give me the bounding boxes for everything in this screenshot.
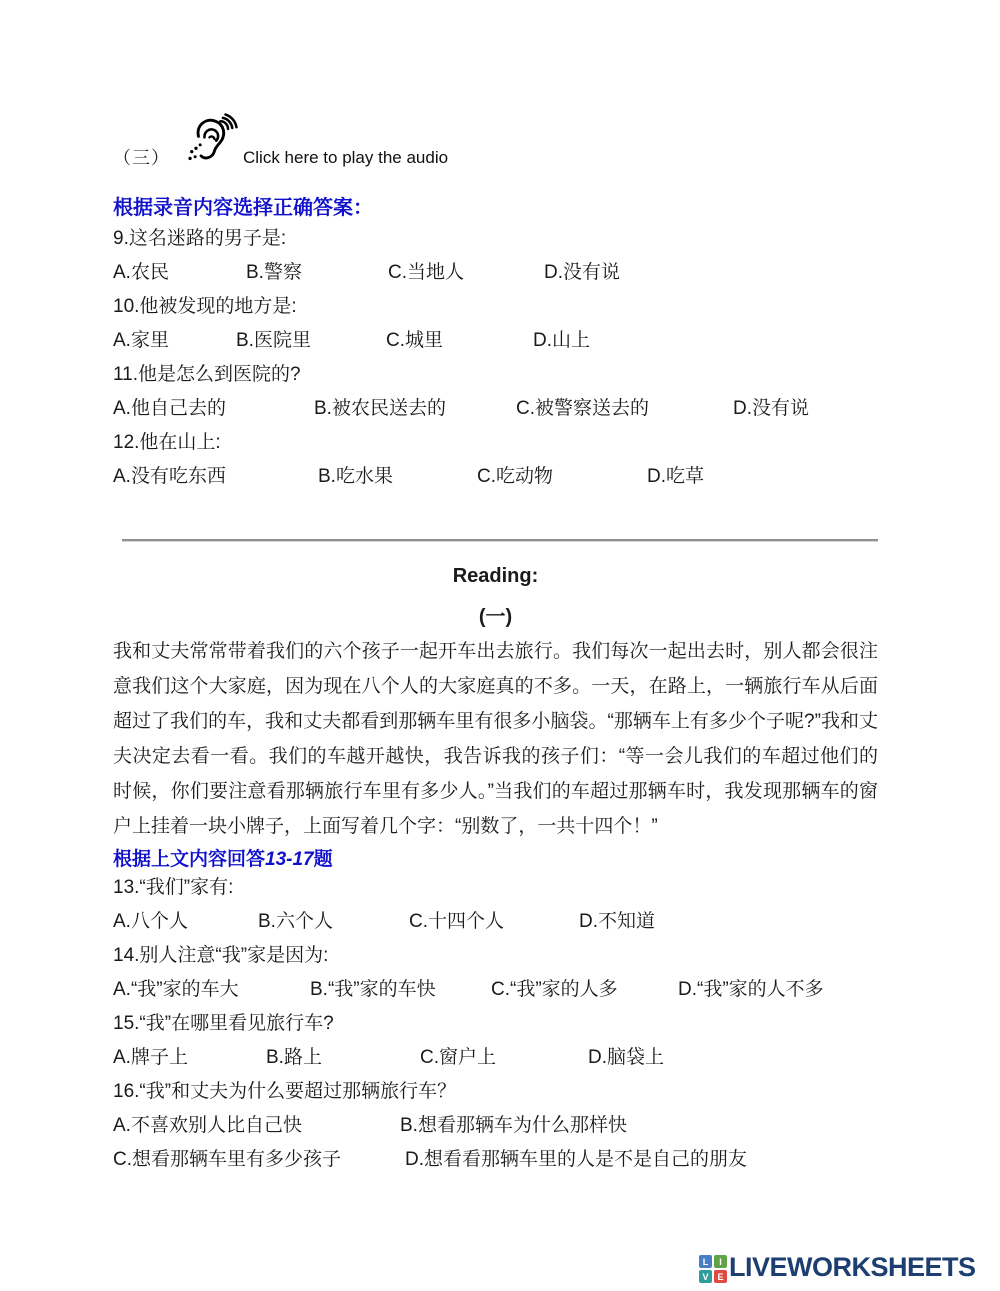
- liveworksheets-grid-icon: L I V E: [699, 1255, 727, 1283]
- question-15-options: A.牌子上 B.路上 C.窗户上 D.脑袋上: [113, 1041, 883, 1075]
- question-16-options-row-2: C.想看那辆车里有多少孩子 D.想看看那辆车里的人是不是自己的朋友: [113, 1143, 883, 1177]
- question-16-options-row-1: A.不喜欢别人比自己快 B.想看那辆车为什么那样快: [113, 1109, 883, 1143]
- reading-passage: 我和丈夫常常带着我们的六个孩子一起开车出去旅行。我们每次一起出去时，别人都会很注…: [113, 634, 878, 844]
- section-label: （三）: [113, 144, 170, 170]
- reading-instruction: 根据上文内容回答13-17题: [113, 844, 333, 871]
- reading-instruction-range: 13-17: [265, 849, 314, 870]
- question-16-option-c[interactable]: C.想看那辆车里有多少孩子: [113, 1143, 341, 1177]
- logo-square-i: I: [714, 1255, 727, 1268]
- question-15-prompt: 15.“我”在哪里看见旅行车?: [113, 1007, 883, 1041]
- question-9-option-d[interactable]: D.没有说: [544, 256, 620, 290]
- play-audio-link[interactable]: Click here to play the audio: [243, 148, 448, 168]
- logo-square-v: V: [699, 1270, 712, 1283]
- ear-listening-icon[interactable]: [185, 112, 239, 166]
- question-11-prompt: 11.他是怎么到医院的?: [113, 358, 883, 392]
- question-14-option-c[interactable]: C.“我”家的人多: [491, 973, 618, 1007]
- reading-instruction-suffix: 题: [314, 849, 333, 870]
- question-16-option-d[interactable]: D.想看看那辆车里的人是不是自己的朋友: [405, 1143, 747, 1177]
- question-15-option-a[interactable]: A.牌子上: [113, 1041, 188, 1075]
- question-9-prompt: 9.这名迷路的男子是:: [113, 222, 883, 256]
- question-14-option-d[interactable]: D.“我”家的人不多: [678, 973, 824, 1007]
- reading-instruction-prefix: 根据上文内容回答: [113, 849, 265, 870]
- audio-header: （三） Click here to play the audio: [113, 112, 673, 174]
- question-16-prompt: 16.“我”和丈夫为什么要超过那辆旅行车？: [113, 1075, 883, 1109]
- question-16-option-a[interactable]: A.不喜欢别人比自己快: [113, 1109, 302, 1143]
- question-12-options: A.没有吃东西 B.吃水果 C.吃动物 D.吃草: [113, 460, 883, 494]
- question-11-options: A.他自己去的 B.被农民送去的 C.被警察送去的 D.没有说: [113, 392, 883, 426]
- question-9-option-b[interactable]: B.警察: [246, 256, 302, 290]
- question-9-options: A.农民 B.警察 C.当地人 D.没有说: [113, 256, 883, 290]
- question-14-option-b[interactable]: B.“我”家的车快: [310, 973, 436, 1007]
- question-10-option-a[interactable]: A.家里: [113, 324, 169, 358]
- reading-title: Reading:: [113, 565, 878, 588]
- logo-square-e: E: [714, 1270, 727, 1283]
- question-13-option-a[interactable]: A.八个人: [113, 905, 188, 939]
- question-10-option-c[interactable]: C.城里: [386, 324, 443, 358]
- question-10-options: A.家里 B.医院里 C.城里 D.山上: [113, 324, 883, 358]
- question-13-options: A.八个人 B.六个人 C.十四个人 D.不知道: [113, 905, 883, 939]
- question-15-option-d[interactable]: D.脑袋上: [588, 1041, 664, 1075]
- question-13-option-d[interactable]: D.不知道: [579, 905, 655, 939]
- question-11-option-b[interactable]: B.被农民送去的: [314, 392, 446, 426]
- question-16-option-b[interactable]: B.想看那辆车为什么那样快: [400, 1109, 627, 1143]
- worksheet-page: （三） Click here to play the audio 根据录音内容选…: [0, 0, 1000, 1291]
- reading-part-label: (一): [113, 600, 878, 629]
- question-11-option-d[interactable]: D.没有说: [733, 392, 809, 426]
- question-10-prompt: 10.他被发现的地方是:: [113, 290, 883, 324]
- question-9-option-c[interactable]: C.当地人: [388, 256, 464, 290]
- section-divider: [122, 539, 878, 542]
- question-11-option-a[interactable]: A.他自己去的: [113, 392, 226, 426]
- question-13-prompt: 13.“我们”家有:: [113, 871, 883, 905]
- question-9-option-a[interactable]: A.农民: [113, 256, 169, 290]
- question-13-option-b[interactable]: B.六个人: [258, 905, 333, 939]
- question-14-prompt: 14.别人注意“我”家是因为:: [113, 939, 883, 973]
- question-13-option-c[interactable]: C.十四个人: [409, 905, 504, 939]
- question-15-option-b[interactable]: B.路上: [266, 1041, 322, 1075]
- question-12-option-b[interactable]: B.吃水果: [318, 460, 393, 494]
- question-12-option-d[interactable]: D.吃草: [647, 460, 704, 494]
- listening-instruction: 根据录音内容选择正确答案：: [113, 191, 373, 220]
- question-10-option-d[interactable]: D.山上: [533, 324, 590, 358]
- question-15-option-c[interactable]: C.窗户上: [420, 1041, 496, 1075]
- question-11-option-c[interactable]: C.被警察送去的: [516, 392, 649, 426]
- question-14-option-a[interactable]: A.“我”家的车大: [113, 973, 239, 1007]
- question-12-option-a[interactable]: A.没有吃东西: [113, 460, 226, 494]
- question-14-options: A.“我”家的车大 B.“我”家的车快 C.“我”家的人多 D.“我”家的人不多: [113, 973, 883, 1007]
- liveworksheets-wordmark: LIVEWORKSHEETS: [729, 1252, 976, 1283]
- question-12-option-c[interactable]: C.吃动物: [477, 460, 553, 494]
- question-12-prompt: 12.他在山上:: [113, 426, 883, 460]
- question-10-option-b[interactable]: B.医院里: [236, 324, 311, 358]
- logo-square-l: L: [699, 1255, 712, 1268]
